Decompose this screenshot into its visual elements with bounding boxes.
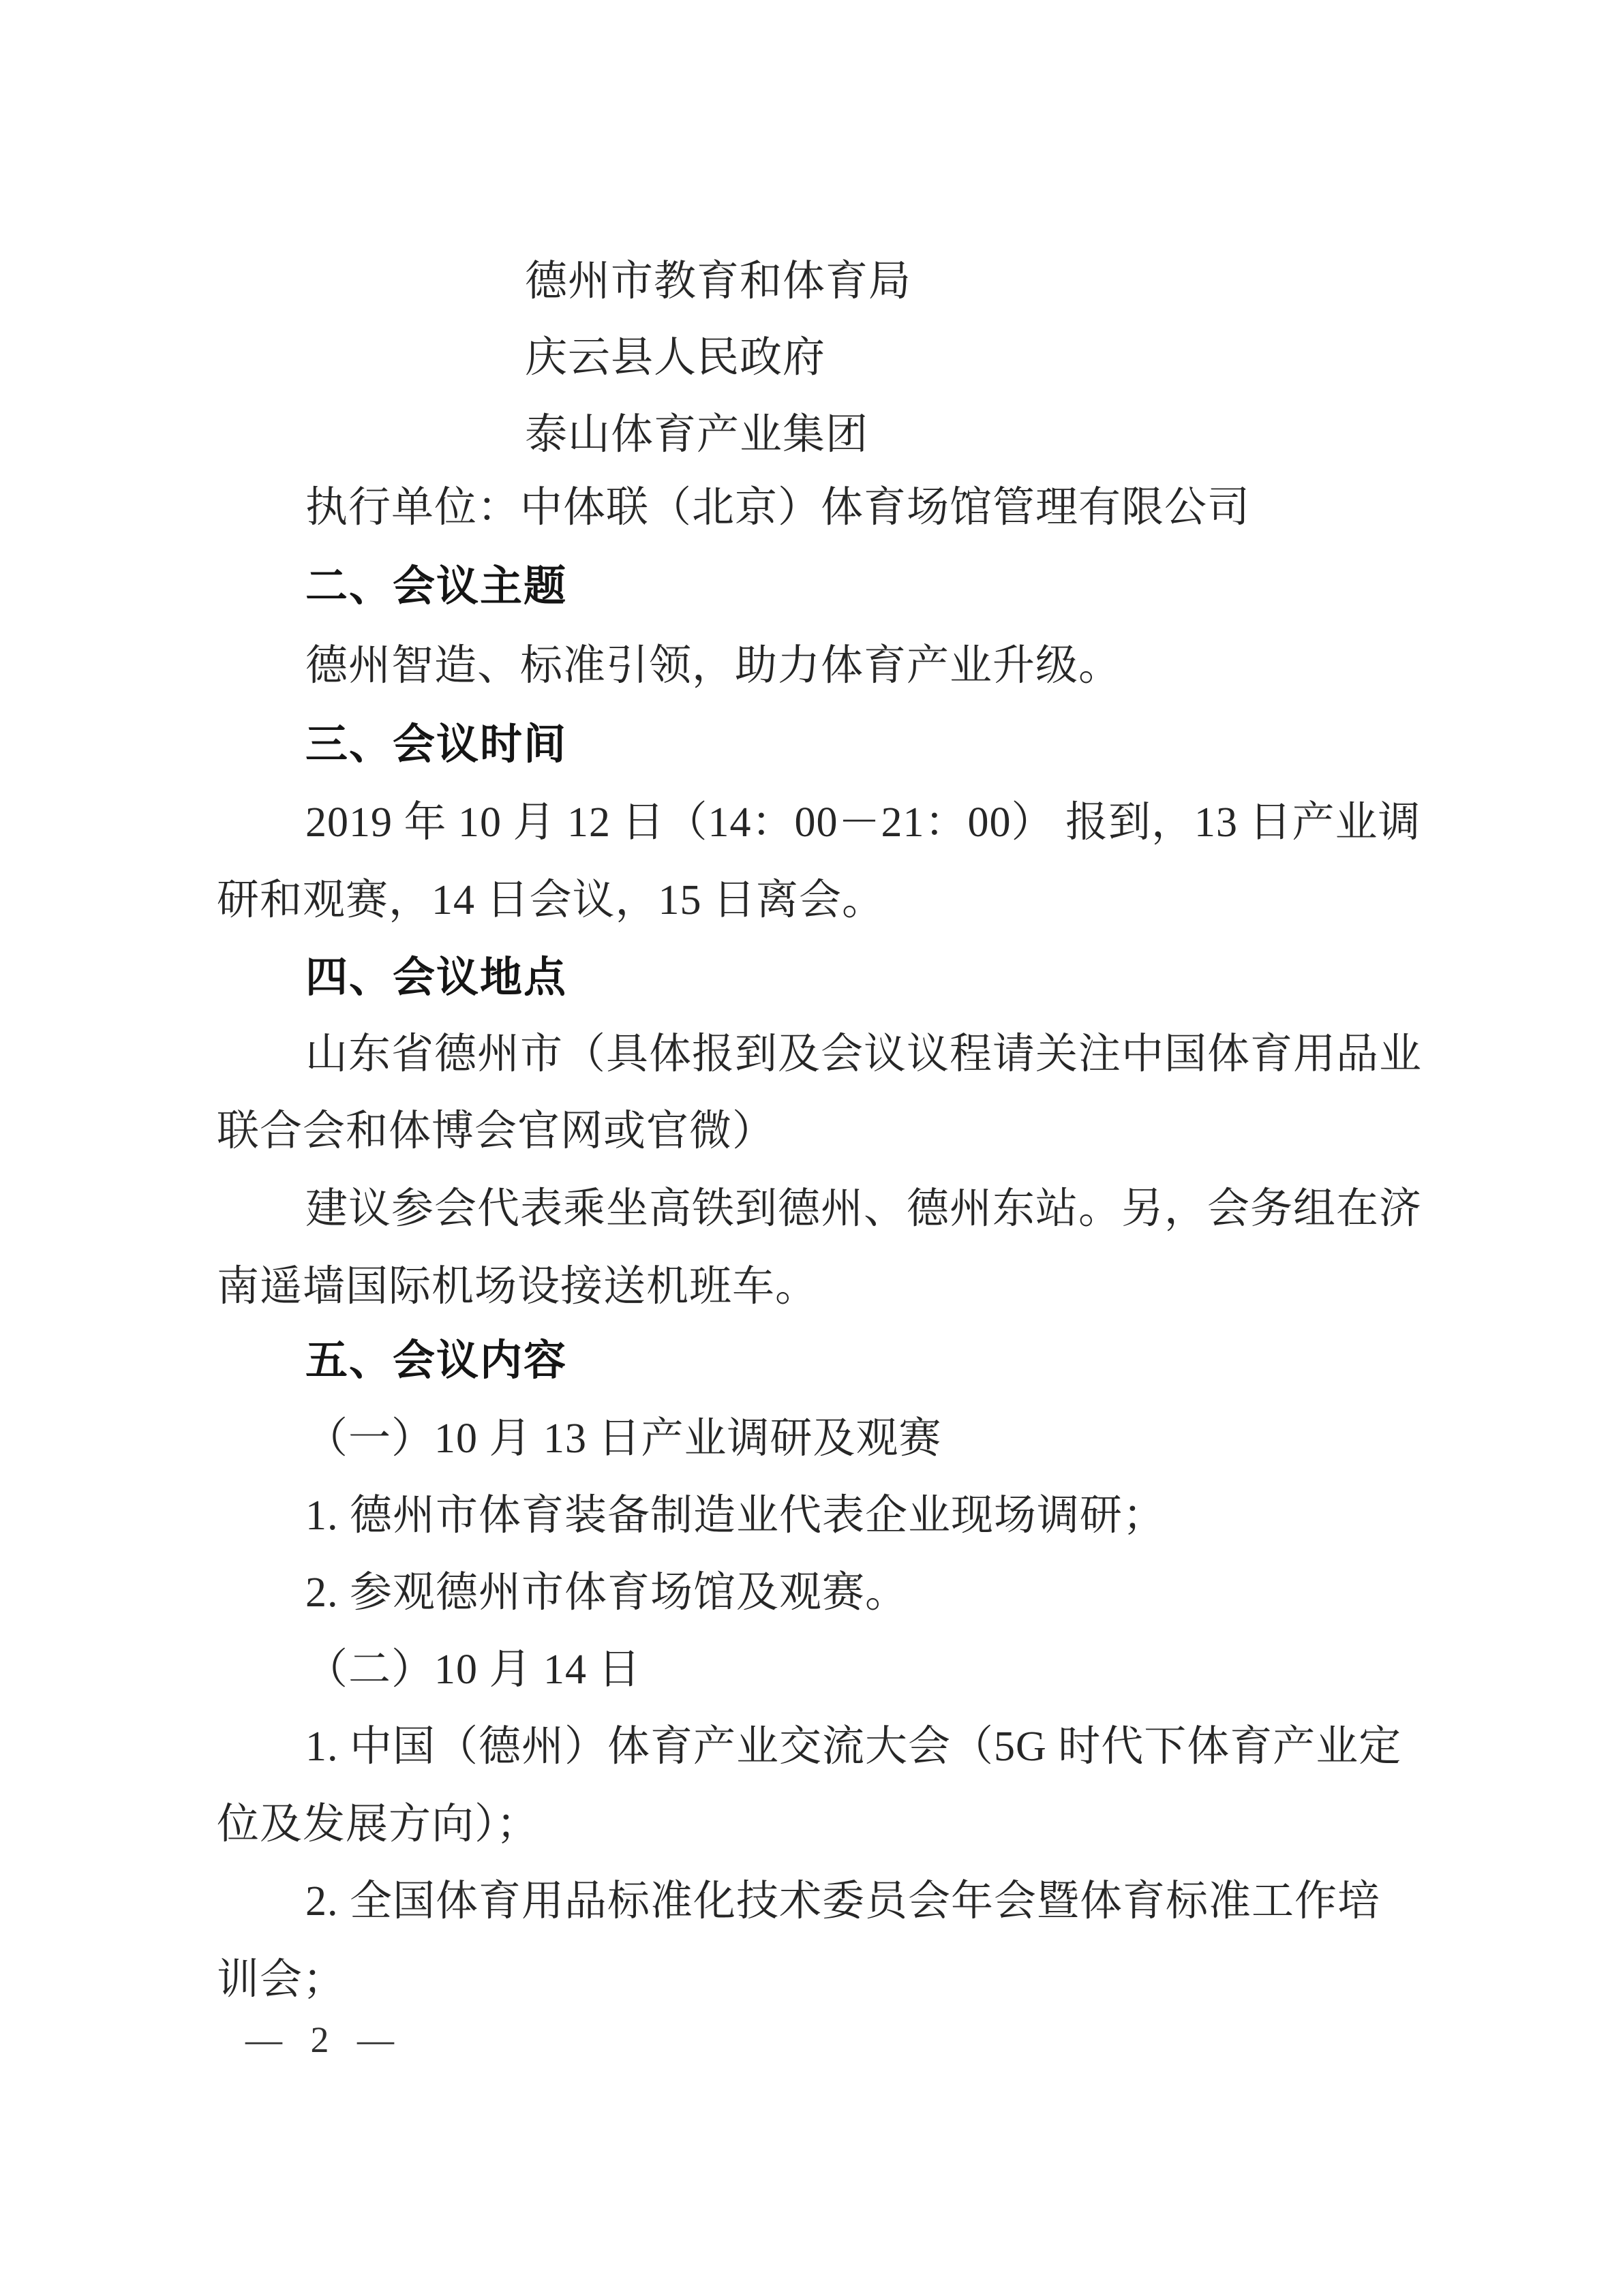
section-heading-theme: 二、会议主题	[305, 566, 567, 608]
document-page: 德州市教育和体育局 庆云县人民政府 泰山体育产业集团 执行单位：中体联（北京）体…	[0, 0, 1623, 2296]
content-line-6: 位及发展方向）；	[217, 1803, 539, 1846]
time-line-1: 2019 年 10 月 12 日（14：00－21：00） 报到，13 日产业调	[305, 801, 1421, 844]
content-line-7: 2. 全国体育用品标准化技术委员会年会暨体育标准工作培	[305, 1880, 1380, 1923]
location-line-1: 山东省德州市（具体报到及会议议程请关注中国体育用品业	[305, 1033, 1422, 1075]
content-line-8: 训会；	[217, 1959, 346, 2001]
content-line-3: 2. 参观德州市体育场馆及观赛。	[305, 1572, 908, 1614]
page-number: — 2 —	[245, 2021, 404, 2058]
content-line-5: 1. 中国（德州）体育产业交流大会（5G 时代下体育产业定	[305, 1726, 1401, 1768]
section-heading-time: 三、会议时间	[305, 724, 567, 766]
time-line-2: 研和观赛，14 日会议，15 日离会。	[217, 879, 885, 921]
executor-line: 执行单位：中体联（北京）体育场馆管理有限公司	[305, 487, 1250, 529]
content-line-4: （二）10 月 14 日	[305, 1649, 641, 1691]
section-heading-location: 四、会议地点	[305, 957, 567, 999]
location-line-4: 南遥墙国际机场设接送机班车。	[217, 1266, 818, 1308]
organizer-line-1: 德州市教育和体育局	[525, 260, 911, 303]
content-line-1: （一）10 月 13 日产业调研及观赛	[305, 1418, 942, 1460]
content-line-2: 1. 德州市体育装备制造业代表企业现场调研；	[305, 1495, 1166, 1537]
section-heading-content: 五、会议内容	[305, 1340, 567, 1382]
location-line-2: 联合会和体博会官网或官微）	[217, 1110, 775, 1152]
theme-body-line: 德州智造、标准引领，助力体育产业升级。	[305, 645, 1121, 687]
organizer-line-3: 泰山体育产业集团	[525, 414, 868, 456]
organizer-line-2: 庆云县人民政府	[525, 337, 825, 379]
location-line-3: 建议参会代表乘坐高铁到德州、德州东站。另，会务组在济	[305, 1188, 1422, 1230]
